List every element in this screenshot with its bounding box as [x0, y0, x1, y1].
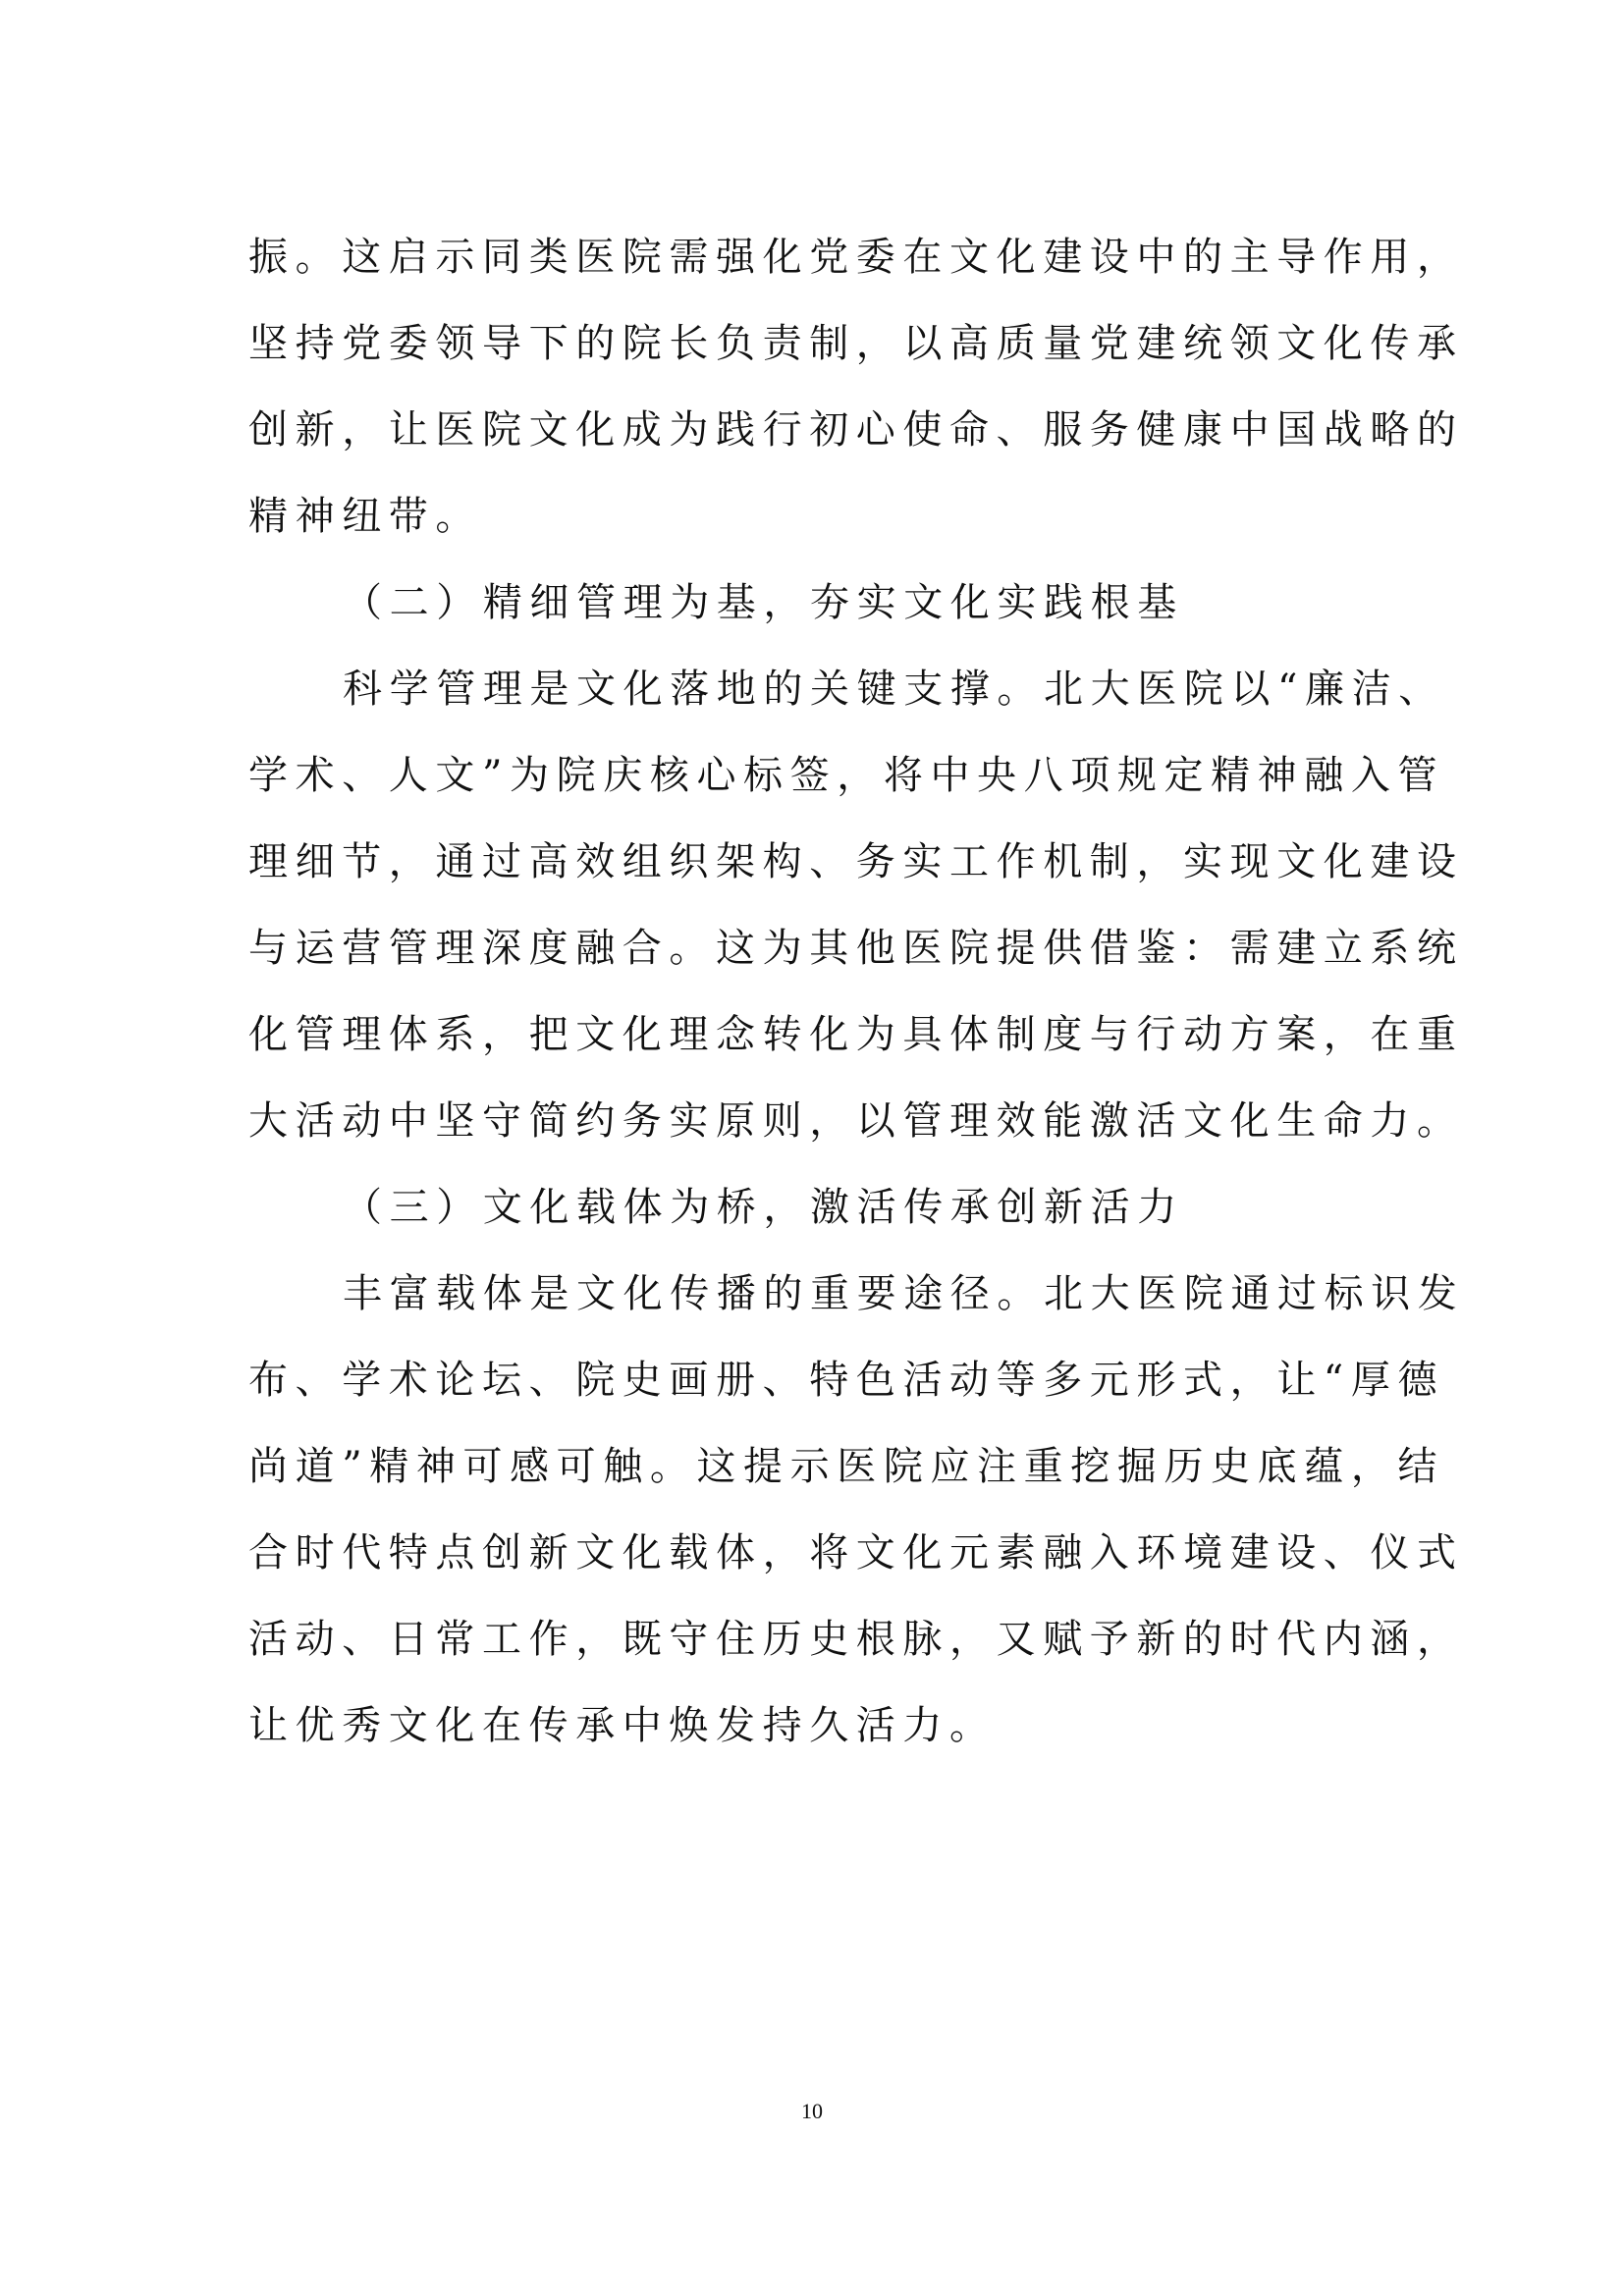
paragraph-cultural-carriers: 丰富载体是文化传播的重要途径。北大医院通过标识发 布、学术论坛、院史画册、特色活…	[248, 1251, 1378, 1769]
section-heading-3: （三）文化载体为桥，激活传承创新活力	[248, 1164, 1378, 1251]
text-line: 学术、人文”为院庆核心标签，将中央八项规定精神融入管	[248, 732, 1378, 819]
text-line: 化管理体系，把文化理念转化为具体制度与行动方案，在重	[248, 991, 1378, 1078]
text-line: 让优秀文化在传承中焕发持久活力。	[248, 1682, 1378, 1769]
text-line: 与运营管理深度融合。这为其他医院提供借鉴：需建立系统	[248, 905, 1378, 991]
text-line: 活动、日常工作，既守住历史根脉，又赋予新的时代内涵，	[248, 1596, 1378, 1682]
text-line: 布、学术论坛、院史画册、特色活动等多元形式，让“厚德	[248, 1337, 1378, 1423]
heading-text: （二）精细管理为基，夯实文化实践根基	[248, 560, 1378, 646]
text-line: 振。这启示同类医院需强化党委在文化建设中的主导作用，	[248, 214, 1378, 300]
text-line: 创新，让医院文化成为践行初心使命、服务健康中国战略的	[248, 387, 1378, 473]
text-line: 合时代特点创新文化载体，将文化元素融入环境建设、仪式	[248, 1510, 1378, 1596]
text-line: 理细节，通过高效组织架构、务实工作机制，实现文化建设	[248, 819, 1378, 905]
paragraph-management: 科学管理是文化落地的关键支撑。北大医院以“廉洁、 学术、人文”为院庆核心标签，将…	[248, 646, 1378, 1164]
text-line: 科学管理是文化落地的关键支撑。北大医院以“廉洁、	[248, 646, 1378, 732]
heading-text: （三）文化载体为桥，激活传承创新活力	[248, 1164, 1378, 1251]
text-line: 大活动中坚守简约务实原则，以管理效能激活文化生命力。	[248, 1078, 1378, 1164]
text-line: 坚持党委领导下的院长负责制，以高质量党建统领文化传承	[248, 300, 1378, 387]
page-number: 10	[0, 2099, 1624, 2124]
text-line: 精神纽带。	[248, 473, 1378, 560]
text-line: 丰富载体是文化传播的重要途径。北大医院通过标识发	[248, 1251, 1378, 1337]
page-body: 振。这启示同类医院需强化党委在文化建设中的主导作用， 坚持党委领导下的院长负责制…	[248, 214, 1378, 1769]
text-line: 尚道”精神可感可触。这提示医院应注重挖掘历史底蕴，结	[248, 1423, 1378, 1510]
paragraph-party-leadership-conclusion: 振。这启示同类医院需强化党委在文化建设中的主导作用， 坚持党委领导下的院长负责制…	[248, 214, 1378, 560]
document-page: 振。这启示同类医院需强化党委在文化建设中的主导作用， 坚持党委领导下的院长负责制…	[0, 0, 1624, 2296]
section-heading-2: （二）精细管理为基，夯实文化实践根基	[248, 560, 1378, 646]
